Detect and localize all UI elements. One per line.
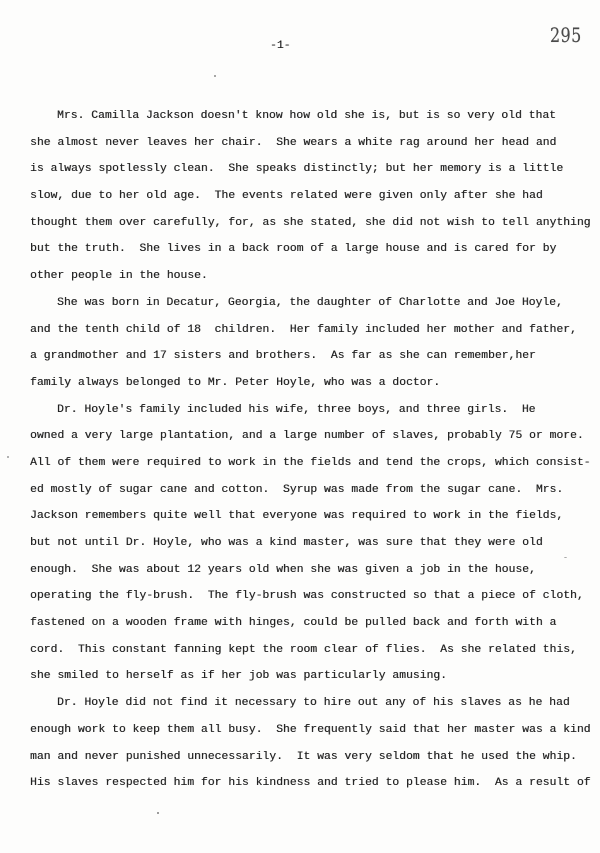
text-line: family always belonged to Mr. Peter Hoyl…: [30, 370, 596, 397]
text-line: a grandmother and 17 sisters and brother…: [30, 343, 596, 370]
page-stamp-number: 295: [550, 24, 582, 47]
text-line: enough work to keep them all busy. She f…: [30, 717, 596, 744]
text-line: owned a very large plantation, and a lar…: [30, 423, 596, 450]
ink-speck: [564, 557, 567, 558]
text-line: fastened on a wooden frame with hinges, …: [30, 610, 596, 637]
text-line: cord. This constant fanning kept the roo…: [30, 637, 596, 664]
text-line: but the truth. She lives in a back room …: [30, 236, 596, 263]
ink-speck: [7, 456, 9, 458]
text-line: Mrs. Camilla Jackson doesn't know how ol…: [30, 103, 596, 130]
text-line: and the tenth child of 18 children. Her …: [30, 317, 596, 344]
ink-speck: [214, 75, 216, 77]
text-line: enough. She was about 12 years old when …: [30, 557, 596, 584]
text-line: She was born in Decatur, Georgia, the da…: [30, 290, 596, 317]
paragraph: Mrs. Camilla Jackson doesn't know how ol…: [30, 103, 596, 290]
text-line: His slaves respected him for his kindnes…: [30, 770, 596, 797]
text-line: Dr. Hoyle did not find it necessary to h…: [30, 690, 596, 717]
text-line: other people in the house.: [30, 263, 596, 290]
text-line: All of them were required to work in the…: [30, 450, 596, 477]
text-line: she smiled to herself as if her job was …: [30, 663, 596, 690]
text-line: operating the fly-brush. The fly-brush w…: [30, 583, 596, 610]
text-line: ed mostly of sugar cane and cotton. Syru…: [30, 477, 596, 504]
document-body: Mrs. Camilla Jackson doesn't know how ol…: [30, 103, 596, 797]
page-number: -1-: [270, 40, 291, 52]
text-line: slow, due to her old age. The events rel…: [30, 183, 596, 210]
paragraph: She was born in Decatur, Georgia, the da…: [30, 290, 596, 397]
text-line: Dr. Hoyle's family included his wife, th…: [30, 397, 596, 424]
text-line: is always spotlessly clean. She speaks d…: [30, 156, 596, 183]
paragraph: Dr. Hoyle's family included his wife, th…: [30, 397, 596, 691]
text-line: she almost never leaves her chair. She w…: [30, 130, 596, 157]
document-page: 295 -1- Mrs. Camilla Jackson doesn't kno…: [0, 0, 600, 853]
text-line: but not until Dr. Hoyle, who was a kind …: [30, 530, 596, 557]
text-line: thought them over carefully, for, as she…: [30, 210, 596, 237]
text-line: man and never punished unnecessarily. It…: [30, 744, 596, 771]
text-line: Jackson remembers quite well that everyo…: [30, 503, 596, 530]
ink-speck: [157, 812, 159, 814]
paragraph: Dr. Hoyle did not find it necessary to h…: [30, 690, 596, 797]
